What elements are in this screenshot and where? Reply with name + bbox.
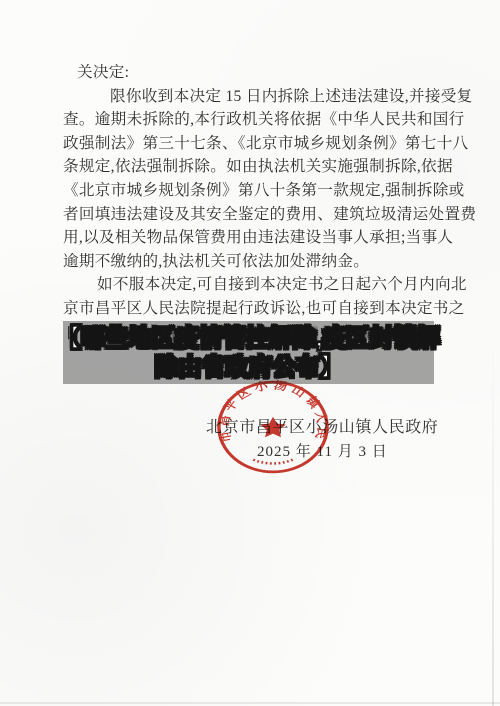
body-line: 查。逾期未拆除的,本行政机关将依据《中华人民共和国行 xyxy=(63,108,443,132)
document-body: 关决定: 限你收到本决定 15 日内拆除上述违法建设,并接受复 查。逾期未拆除的… xyxy=(63,61,443,321)
page-edge-shadow-bottom xyxy=(0,702,500,704)
body-line: 京市昌平区人民法院提起行政诉讼,也可自接到本决定书之 xyxy=(63,297,443,321)
body-line: 者回填违法建设及其安全鉴定的费用、建筑垃圾清运处置费 xyxy=(63,203,443,227)
body-line: 限你收到本决定 15 日内拆除上述违法建设,并接受复 xyxy=(63,85,443,109)
caption-overlay-band: 【哪些地区疫情管控解除,疫区封锁解 除由省政府公布】 xyxy=(63,321,434,384)
caption-headline-line: 除由省政府公布】 xyxy=(155,353,343,382)
caption-headline-line: 【哪些地区疫情管控解除,疫区封锁解 xyxy=(57,324,439,353)
page-edge-shadow-right xyxy=(492,330,494,706)
official-seal: 北京市昌平区小汤山镇人民政府 xyxy=(214,378,332,476)
red-star-icon xyxy=(260,417,286,437)
body-line: 条规定,依法强制拆除。如由执法机关实施强制拆除,依据 xyxy=(63,155,443,179)
body-line: 用,以及相关物品保管费用由违法建设当事人承担;当事人 xyxy=(63,226,443,250)
body-line: 如不服本决定,可自接到本决定书之日起六个月内向北 xyxy=(63,273,443,297)
body-line: 政强制法》第三十七条、《北京市城乡规划条例》第七十八 xyxy=(63,132,443,156)
scanned-document-page: 关决定: 限你收到本决定 15 日内拆除上述违法建设,并接受复 查。逾期未拆除的… xyxy=(0,0,500,706)
body-line: 《北京市城乡规划条例》第八十条第一款规定,强制拆除或 xyxy=(63,179,443,203)
body-line: 逾期不缴纳的,执法机关可依法加处滞纳金。 xyxy=(63,250,443,274)
seal-code-marks xyxy=(253,460,292,464)
body-line: 关决定: xyxy=(63,61,443,85)
